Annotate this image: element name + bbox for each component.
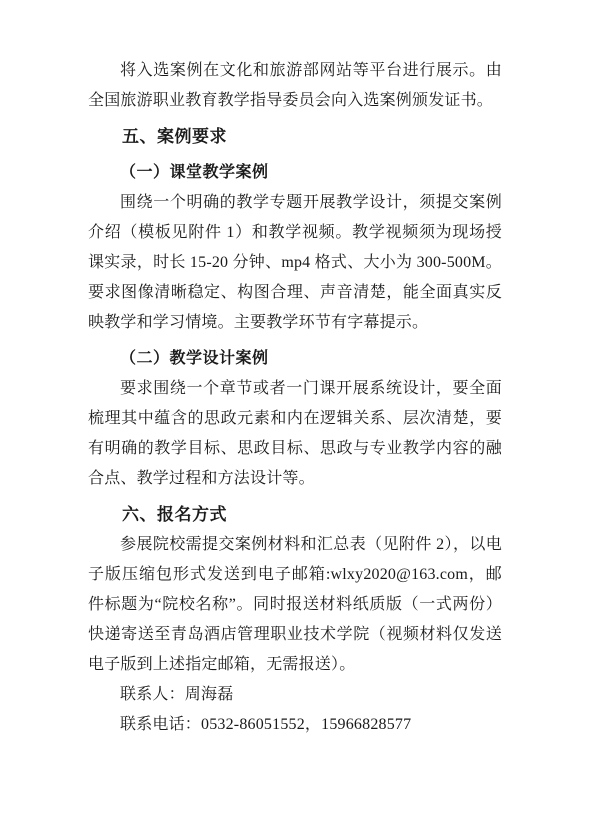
section5-sub1-heading: （一）课堂教学案例 [88,158,502,188]
classroom-case-paragraph: 围绕一个明确的教学专题开展教学设计，须提交案例介绍（模板见附件 1）和教学视频。… [88,188,502,338]
contact-phone-line: 联系电话：0532-86051552，15966828577 [88,710,502,740]
section5-heading: 五、案例要求 [88,122,502,152]
intro-paragraph: 将入选案例在文化和旅游部网站等平台进行展示。由全国旅游职业教育教学指导委员会向入… [88,56,502,116]
document-page: 将入选案例在文化和旅游部网站等平台进行展示。由全国旅游职业教育教学指导委员会向入… [0,0,589,834]
registration-paragraph: 参展院校需提交案例材料和汇总表（见附件 2），以电子版压缩包形式发送到电子邮箱:… [88,530,502,680]
section6-heading: 六、报名方式 [88,500,502,530]
contact-name-line: 联系人：周海磊 [88,680,502,710]
design-case-paragraph: 要求围绕一个章节或者一门课开展系统设计，要全面梳理其中蕴含的思政元素和内在逻辑关… [88,374,502,494]
section5-sub2-heading: （二）教学设计案例 [88,344,502,374]
document-content: 将入选案例在文化和旅游部网站等平台进行展示。由全国旅游职业教育教学指导委员会向入… [88,56,502,740]
